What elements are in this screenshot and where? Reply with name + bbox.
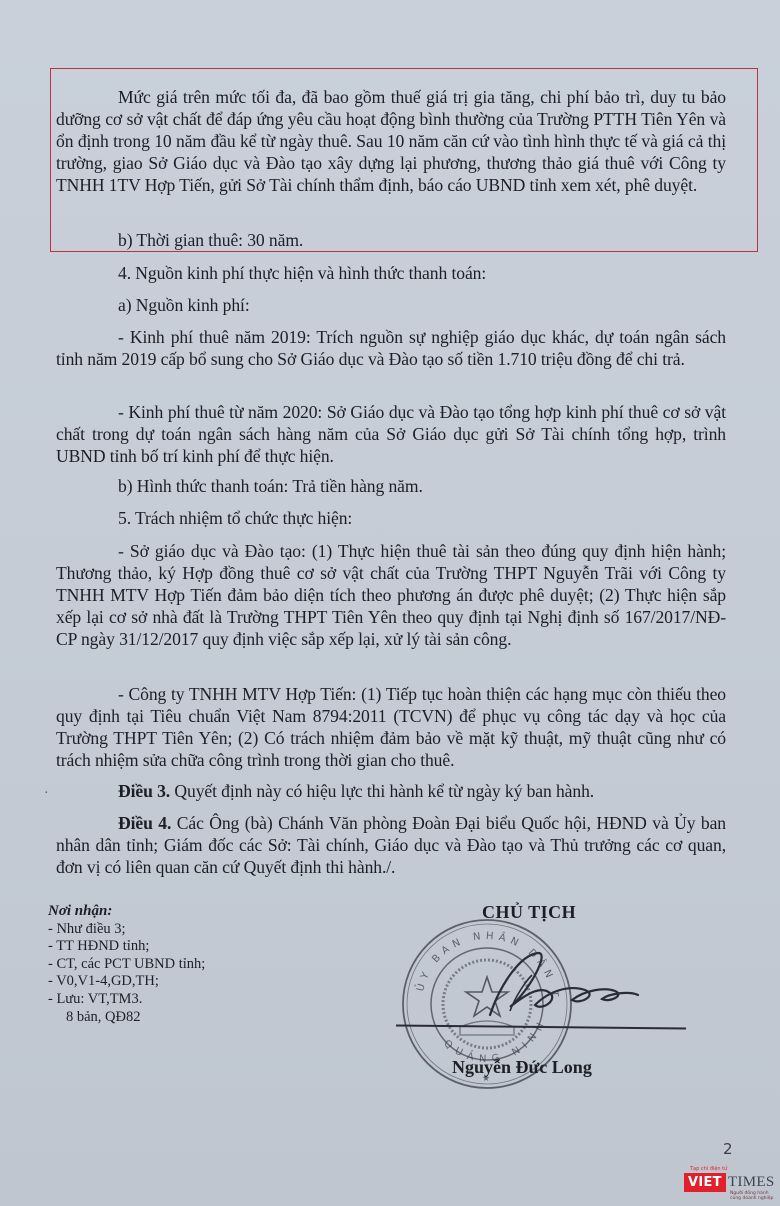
section4-heading: 4. Nguồn kinh phí thực hiện và hình thức…: [56, 262, 726, 284]
pricing-paragraph: Mức giá trên mức tối đa, đã bao gồm thuế…: [56, 86, 726, 196]
viettimes-logo: Tạp chí điện tử VIET TIMES Người đồng hà…: [684, 1166, 780, 1198]
recipient-item: - Lưu: VT,TM3.: [48, 991, 205, 1009]
education-dept-duties: - Sở giáo dục và Đào tạo: (1) Thực hiện …: [56, 540, 726, 650]
funding-2020: - Kinh phí thuê từ năm 2020: Sở Giáo dục…: [56, 401, 726, 467]
payment-method: b) Hình thức thanh toán: Trả tiền hàng n…: [56, 475, 726, 497]
company-duties: - Công ty TNHH MTV Hợp Tiến: (1) Tiếp tụ…: [56, 683, 726, 771]
page-number: 2: [723, 1140, 733, 1158]
recipient-item: - V0,V1-4,GD,TH;: [48, 973, 205, 991]
recipient-item: - TT HĐND tỉnh;: [48, 938, 205, 956]
document-page: Mức giá trên mức tối đa, đã bao gồm thuế…: [0, 0, 780, 1206]
funding-2019: - Kinh phí thuê năm 2019: Trích nguồn sự…: [56, 326, 726, 370]
article-4: Điều 4. Các Ông (bà) Chánh Văn phòng Đoà…: [56, 812, 726, 878]
recipient-item: - CT, các PCT UBND tỉnh;: [48, 956, 205, 974]
article-4-label: Điều 4.: [118, 813, 171, 833]
recipients-block: Nơi nhận: - Như điều 3; - TT HĐND tỉnh; …: [48, 903, 205, 1026]
logo-tagline: Tạp chí điện tử: [690, 1166, 727, 1172]
recipients-title: Nơi nhận:: [48, 903, 205, 921]
signature-icon: [480, 945, 640, 1025]
logo-subline: Người đồng hành cùng doanh nghiệp: [730, 1191, 780, 1201]
lease-term: b) Thời gian thuê: 30 năm.: [56, 229, 726, 251]
article-3-text: Quyết định này có hiệu lực thi hành kể t…: [170, 781, 594, 801]
article-3: Điều 3. Quyết định này có hiệu lực thi h…: [56, 780, 726, 802]
signer-name: Nguyễn Đức Long: [452, 1057, 592, 1078]
stray-mark: ·: [44, 786, 49, 802]
section4-subheading-a: a) Nguồn kinh phí:: [56, 294, 726, 316]
recipient-item: - Như điều 3;: [48, 921, 205, 939]
logo-times-part: TIMES: [728, 1174, 775, 1191]
article-3-label: Điều 3.: [118, 781, 170, 801]
logo-red-part: VIET: [684, 1173, 726, 1192]
copies-note: 8 bản, QĐ82: [48, 1009, 205, 1027]
section5-heading: 5. Trách nhiệm tổ chức thực hiện:: [56, 507, 726, 529]
